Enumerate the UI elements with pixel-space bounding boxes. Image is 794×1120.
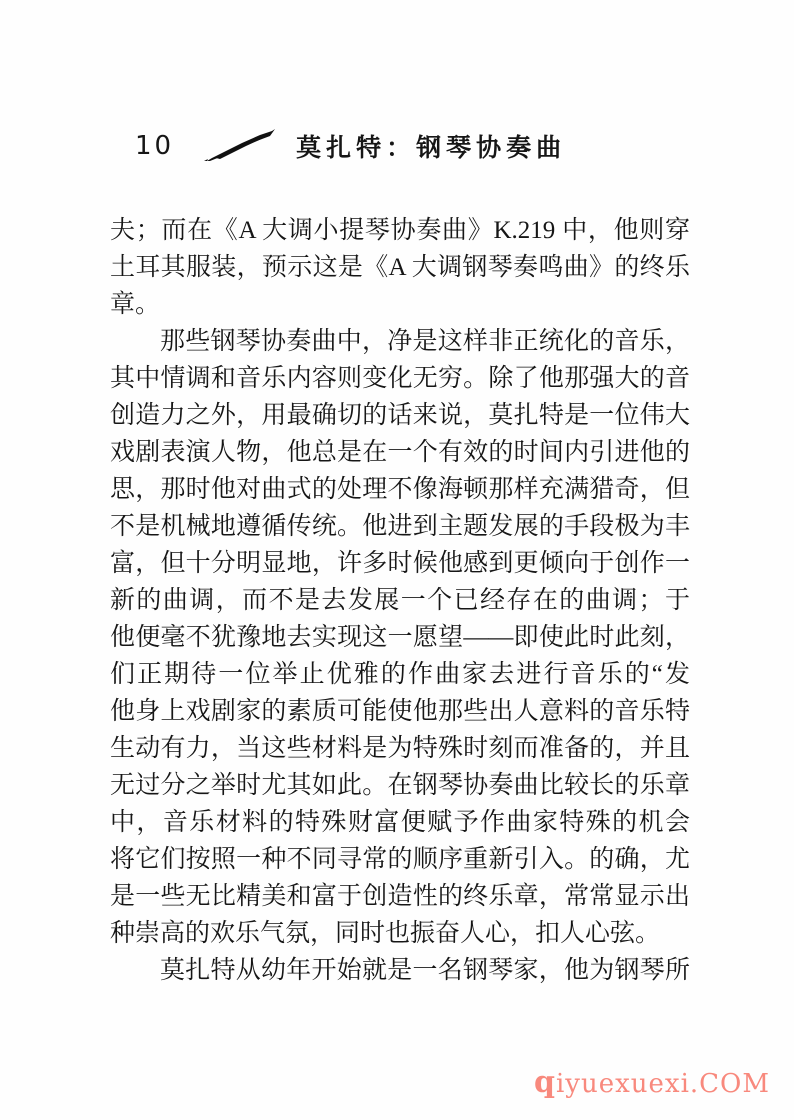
text-line: 们正期待一位举止优雅的作曲家去进行音乐的“发展”。 bbox=[110, 656, 690, 693]
text-line: 他身上戏剧家的素质可能使他那些出人意料的音乐特别 bbox=[110, 693, 690, 730]
watermark: qiyuexuexi.COM bbox=[534, 1065, 770, 1100]
text-line: 戏剧表演人物，他总是在一个有效的时间内引进他的乐 bbox=[110, 434, 690, 471]
watermark-text: iyuexuexi.COM bbox=[556, 1069, 770, 1099]
text-line: 中，音乐材料的特殊财富便赋予作曲家特殊的机会—— bbox=[110, 804, 690, 841]
text-line: 是一些无比精美和富于创造性的终乐章，常常显示出一 bbox=[110, 878, 690, 915]
text-line: 创造力之外，用最确切的话来说，莫扎特是一位伟大的 bbox=[110, 397, 690, 434]
text-line: 夫；而在《A 大调小提琴协奏曲》K.219 中，他则穿上 bbox=[110, 212, 690, 249]
text-line: 将它们按照一种不同寻常的顺序重新引入。的确，尤其 bbox=[110, 841, 690, 878]
text-line: 生动有力，当这些材料是为特殊时刻而准备的，并且毫 bbox=[110, 730, 690, 767]
text-line: 无过分之举时尤其如此。在钢琴协奏曲比较长的乐章 bbox=[110, 767, 690, 804]
text-line: 他便毫不犹豫地去实现这一愿望——即使此时此刻，人 bbox=[110, 619, 690, 656]
page-header: 10 莫扎特：钢琴协奏曲 bbox=[135, 126, 694, 166]
text-line: 土耳其服装，预示这是《A 大调钢琴奏鸣曲》的终乐 bbox=[110, 249, 690, 286]
paragraph: 莫扎特从幼年开始就是一名钢琴家，他为钢琴所谱 bbox=[110, 952, 690, 989]
brush-stroke-icon bbox=[202, 128, 280, 164]
text-line: 富，但十分明显地，许多时候他感到更倾向于创作一个 bbox=[110, 545, 690, 582]
text-line: 那些钢琴协奏曲中，净是这样非正统化的音乐，但 bbox=[110, 323, 690, 360]
book-page: 10 莫扎特：钢琴协奏曲 夫；而在《A 大调小提琴协奏曲》K.219 中，他则穿… bbox=[0, 0, 794, 1120]
paragraph: 夫；而在《A 大调小提琴协奏曲》K.219 中，他则穿上 土耳其服装，预示这是《… bbox=[110, 212, 690, 323]
text-line: 不是机械地遵循传统。他进到主题发展的手段极为丰 bbox=[110, 508, 690, 545]
text-line: 莫扎特从幼年开始就是一名钢琴家，他为钢琴所谱 bbox=[110, 952, 690, 989]
text-line: 种崇高的欢乐气氛，同时也振奋人心，扣人心弦。 bbox=[110, 915, 690, 952]
page-body: 夫；而在《A 大调小提琴协奏曲》K.219 中，他则穿上 土耳其服装，预示这是《… bbox=[110, 212, 690, 989]
page-number: 10 bbox=[135, 131, 174, 161]
text-line: 章。 bbox=[110, 286, 690, 323]
text-line: 其中情调和音乐内容则变化无穷。除了他那强大的音乐 bbox=[110, 360, 690, 397]
page-title: 莫扎特：钢琴协奏曲 bbox=[296, 128, 566, 164]
text-line: 思，那时他对曲式的处理不像海顿那样充满猎奇，但却 bbox=[110, 471, 690, 508]
watermark-prefix: q bbox=[534, 1065, 556, 1100]
text-line: 新的曲调，而不是去发展一个已经存在的曲调；于是， bbox=[110, 582, 690, 619]
paragraph: 那些钢琴协奏曲中，净是这样非正统化的音乐，但 其中情调和音乐内容则变化无穷。除了… bbox=[110, 323, 690, 952]
